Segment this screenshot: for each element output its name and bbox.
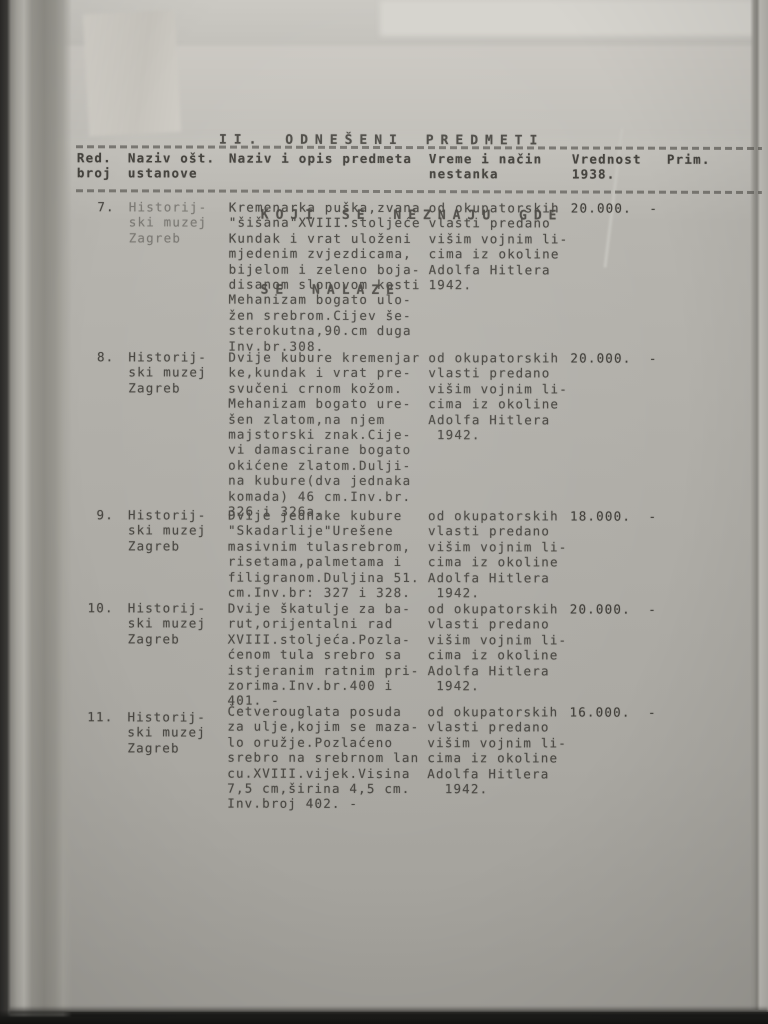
cell-value: 16.000. - [569,704,656,720]
cell-number: 8. [76,349,114,365]
header-nestanak: Vreme i način nestanka [429,151,543,182]
cell-value: 20.000. - [570,601,657,617]
cell-institution: Historij- ski muzej Zagreb [129,199,208,245]
table-row: 8. Historij- ski muzej Zagreb Dvije kubu… [1,0,768,1]
header-prim: Prim. [667,152,711,168]
cell-description: Četverouglata posuda za ulje,kojim se ma… [227,704,419,812]
cell-disappearance: od okupatorskih vlasti predano višim voj… [429,200,569,293]
cell-number: 7. [77,199,115,215]
cell-disappearance: od okupatorskih vlasti predano višim voj… [428,350,568,443]
cell-description: Kremenarka puška,zvana "šišana"XVIII.sto… [228,200,420,355]
table-row: 9. Historij- ski muzej Zagreb Dvije jedn… [1,0,768,1]
cell-institution: Historij- ski muzej Zagreb [127,709,206,755]
cell-value: 20.000. - [571,200,658,216]
header-opis: Naziv i opis predmeta [229,151,412,167]
table-row: 11. Historij- ski muzej Zagreb Četveroug… [1,0,768,1]
header-red-broj: Red. broj [77,150,112,181]
title-line-1: II. ODNEŠENI PREDMETI [219,128,564,154]
document-photo: II. ODNEŠENI PREDMETI KOJI SE NEZNAJU GD… [0,0,768,1024]
header-vrednost: Vrednost 1938. [572,151,642,182]
cell-disappearance: od okupatorskih vlasti predano višim voj… [428,601,568,694]
cell-value: 18.000. - [570,508,657,524]
cell-disappearance: od okupatorskih vlasti predano višim voj… [428,508,568,601]
cell-number: 11. [75,709,113,725]
typed-sheet: II. ODNEŠENI PREDMETI KOJI SE NEZNAJU GD… [0,0,768,1024]
cell-number: 10. [76,600,114,616]
cell-institution: Historij- ski muzej Zagreb [128,507,207,553]
cell-number: 9. [76,507,114,523]
cell-disappearance: od okupatorskih vlasti predano višim voj… [427,704,567,797]
table-row: 10. Historij- ski muzej Zagreb Dvije ška… [1,0,768,1]
cell-description: Dvije škatulje za ba- rut,orijentalni ra… [227,601,419,709]
cell-value: 20.000. - [570,350,657,366]
cell-description: Dvije kubure kremenjar ke,kundak i vrat … [228,350,420,520]
header-ustanova: Naziv ošt. ustanove [128,150,215,181]
cell-description: Dvije jednake kubure "Skadarlije"Urešene… [228,508,420,601]
cell-institution: Historij- ski muzej Zagreb [128,600,207,646]
cell-institution: Historij- ski muzej Zagreb [128,349,207,395]
table-row: 7. Historij- ski muzej Zagreb Kremenarka… [1,0,768,1]
